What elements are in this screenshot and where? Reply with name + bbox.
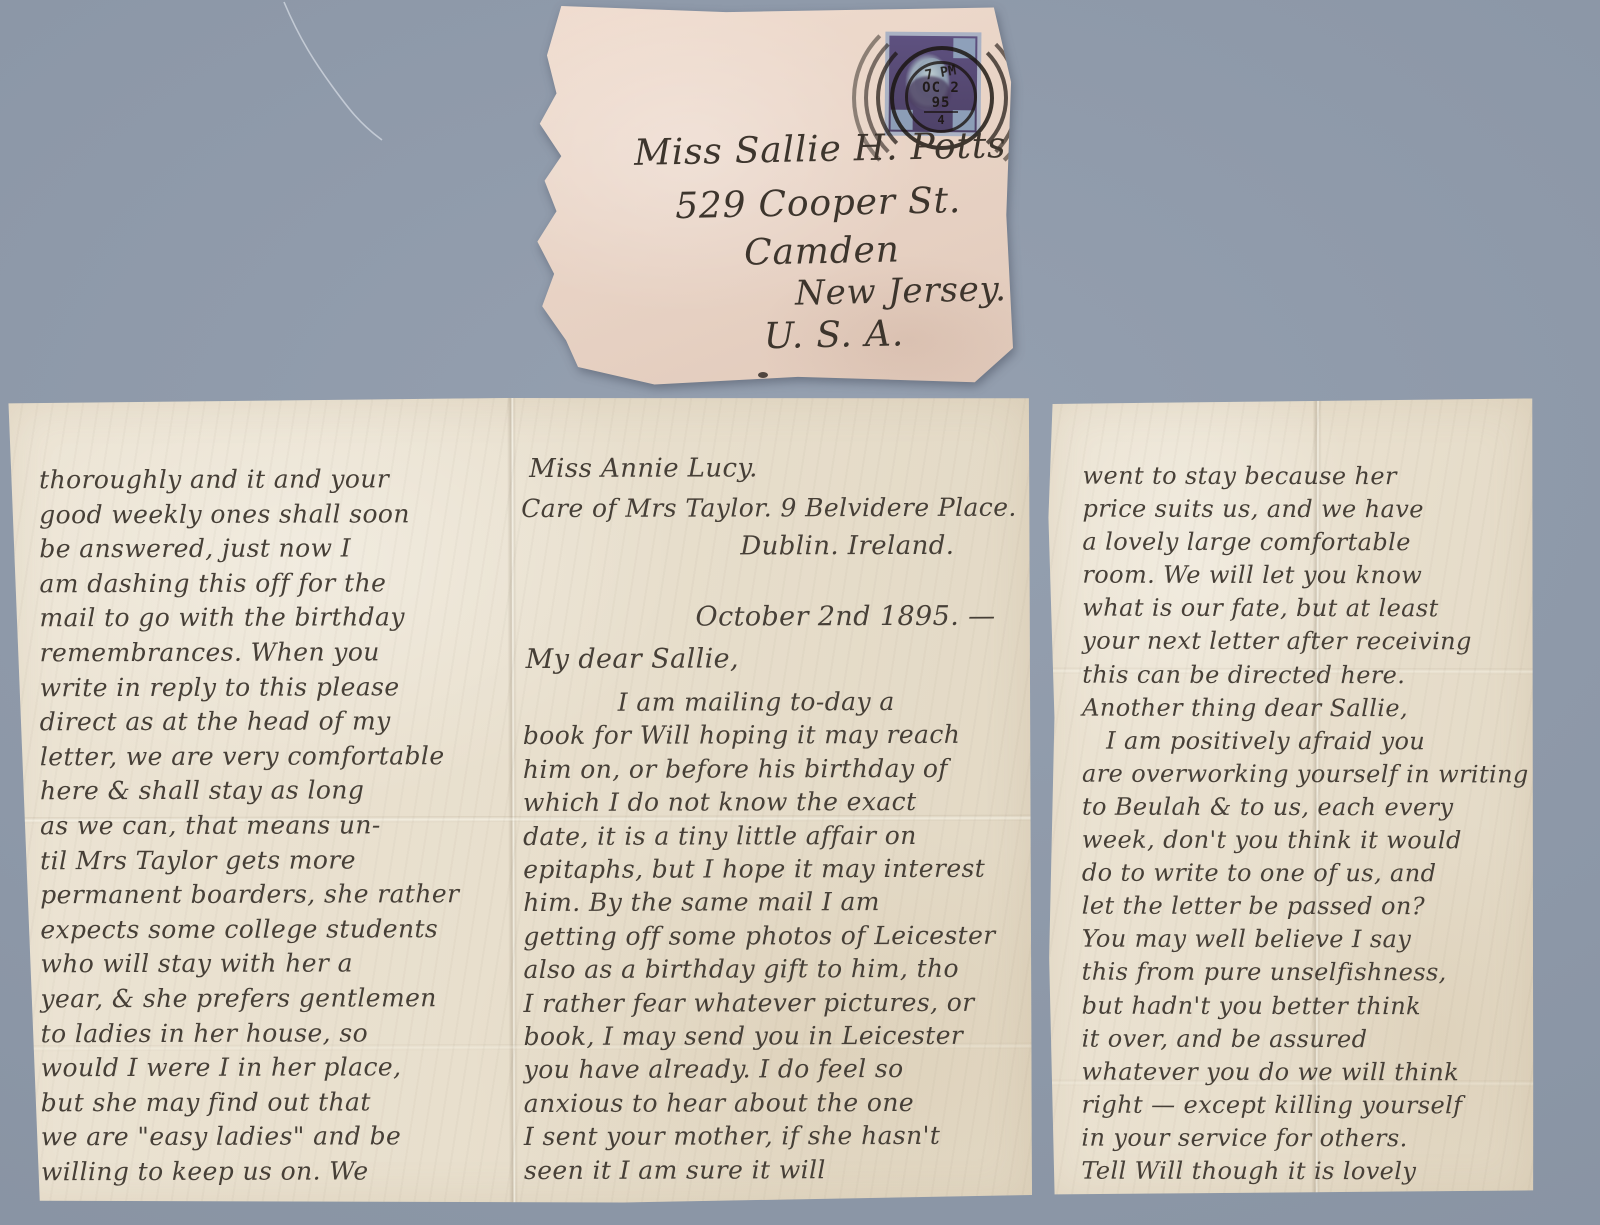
handwritten-line: him on, or before his birthday of [523,751,1025,786]
handwritten-line: this from pure unselfishness, [1082,956,1527,990]
handwritten-line: permanent boarders, she rather [40,877,510,913]
handwritten-line: thoroughly and it and your [39,462,509,498]
handwritten-line: You may well believe I say [1082,923,1527,957]
handwritten-line: Tell Will though it is lovely [1081,1155,1526,1189]
handwritten-line: getting off some photos of Leicester [523,919,1025,954]
handwritten-line: letter, we are very comfortable [40,739,510,775]
envelope-address: Miss Sallie H. Potts 529 Cooper St. Camd… [531,1,1017,391]
handwritten-line: whatever you do we will think [1081,1055,1526,1089]
handwritten-line: you have already. I do feel so [524,1052,1026,1087]
handwritten-line: direct as at the head of my [40,704,510,740]
handwritten-line: a lovely large comfortable [1082,526,1527,560]
heading-city-country: Dublin. Ireland. [740,531,954,562]
handwritten-line: to Beulah & to us, each every [1082,791,1527,825]
address-state: New Jersey. [795,269,1007,313]
envelope: 7 PM OC 2 95 4 Miss Sallie H. Potts 529 … [535,6,1013,386]
handwritten-line: epitaphs, but I hope it may interest [523,852,1025,887]
address-country: U. S. A. [764,313,905,357]
handwritten-line: Another thing dear Sallie, [1082,691,1527,725]
handwritten-line: but she may find out that [41,1085,511,1121]
handwritten-line: him. By the same mail I am [523,885,1025,920]
letter-page-right-text: went to stay because herprice suits us, … [1081,460,1527,1189]
handwritten-line: year, & she prefers gentlemen [40,981,510,1017]
handwritten-line: I am mailing to-day a [523,685,1025,720]
handwritten-line: right — except killing yourself [1081,1088,1526,1122]
handwritten-line: here & shall stay as long [40,773,510,809]
letter-page-right: went to stay because herprice suits us, … [1045,398,1534,1199]
handwritten-line: which I do not know the exact [523,785,1025,820]
handwritten-line: room. We will let you know [1082,559,1527,593]
handwritten-line: willing to keep us on. We [41,1154,511,1190]
handwritten-line: also as a birthday gift to him, tho [523,952,1025,987]
letter-bifolium-sheet: thoroughly and it and yourgood weekly on… [7,397,1033,1208]
heading-care-of-address: Care of Mrs Taylor. 9 Belvidere Place. [521,493,1017,523]
handwritten-line: who will stay with her a [40,946,510,982]
handwritten-line: are overworking yourself in writing [1082,757,1527,791]
handwritten-line: we are "easy ladies" and be [41,1119,511,1155]
photo-of-letter-and-envelope: 7 PM OC 2 95 4 Miss Sallie H. Potts 529 … [0,0,1600,1225]
handwritten-line: do to write to one of us, and [1082,857,1527,891]
envelope-paper: 7 PM OC 2 95 4 Miss Sallie H. Potts 529 … [535,6,1013,386]
letter-heading: Miss Annie Lucy. Care of Mrs Taylor. 9 B… [7,397,1031,400]
handwritten-line: your next letter after receiving [1082,625,1527,659]
handwritten-line: would I were I in her place, [41,1050,511,1086]
handwritten-line: good weekly ones shall soon [39,497,509,533]
handwritten-line: be answered, just now I [39,531,509,567]
handwritten-line: date, it is a tiny little affair on [523,818,1025,853]
handwritten-line: as we can, that means un- [40,808,510,844]
ink-speck [758,372,768,378]
handwritten-line: til Mrs Taylor gets more [40,843,510,879]
handwritten-line: am dashing this off for the [39,566,509,602]
stray-thread [0,0,420,170]
handwritten-line: but hadn't you better think [1082,989,1527,1023]
heading-recipient: Miss Annie Lucy. [529,453,758,484]
handwritten-line: write in reply to this please [40,670,510,706]
handwritten-line: went to stay because her [1083,460,1528,494]
address-city: Camden [744,229,900,273]
handwritten-line: anxious to hear about the one [524,1086,1026,1121]
handwritten-line: book for Will hoping it may reach [523,718,1025,753]
letter-page-left-text: thoroughly and it and yourgood weekly on… [39,462,511,1190]
handwritten-line: remembrances. When you [40,635,510,671]
handwritten-line: mail to go with the birthday [39,600,509,636]
handwritten-line: week, don't you think it would [1082,824,1527,858]
handwritten-line: it over, and be assured [1082,1022,1527,1056]
address-street: 529 Cooper St. [675,180,962,227]
handwritten-line: book, I may send you in Leicester [524,1019,1026,1054]
letter-date: October 2nd 1895. — [695,601,995,633]
handwritten-line: price suits us, and we have [1082,493,1527,527]
handwritten-line: I am positively afraid you [1082,724,1527,758]
handwritten-line: I rather fear whatever pictures, or [523,985,1025,1020]
letter-page-middle-text: I am mailing to-day abook for Will hopin… [523,685,1026,1187]
salutation: My dear Sallie, [526,643,739,675]
handwritten-line: I sent your mother, if she hasn't [524,1119,1026,1154]
handwritten-line: what is our fate, but at least [1082,592,1527,626]
handwritten-line: in your service for others. [1081,1122,1526,1156]
handwritten-line: seen it I am sure it will [524,1152,1026,1187]
handwritten-line: let the letter be passed on? [1082,890,1527,924]
handwritten-line: expects some college students [40,912,510,948]
address-name: Miss Sallie H. Potts [634,125,1007,174]
handwritten-line: to ladies in her house, so [41,1016,511,1052]
handwritten-line: this can be directed here. [1082,658,1527,692]
